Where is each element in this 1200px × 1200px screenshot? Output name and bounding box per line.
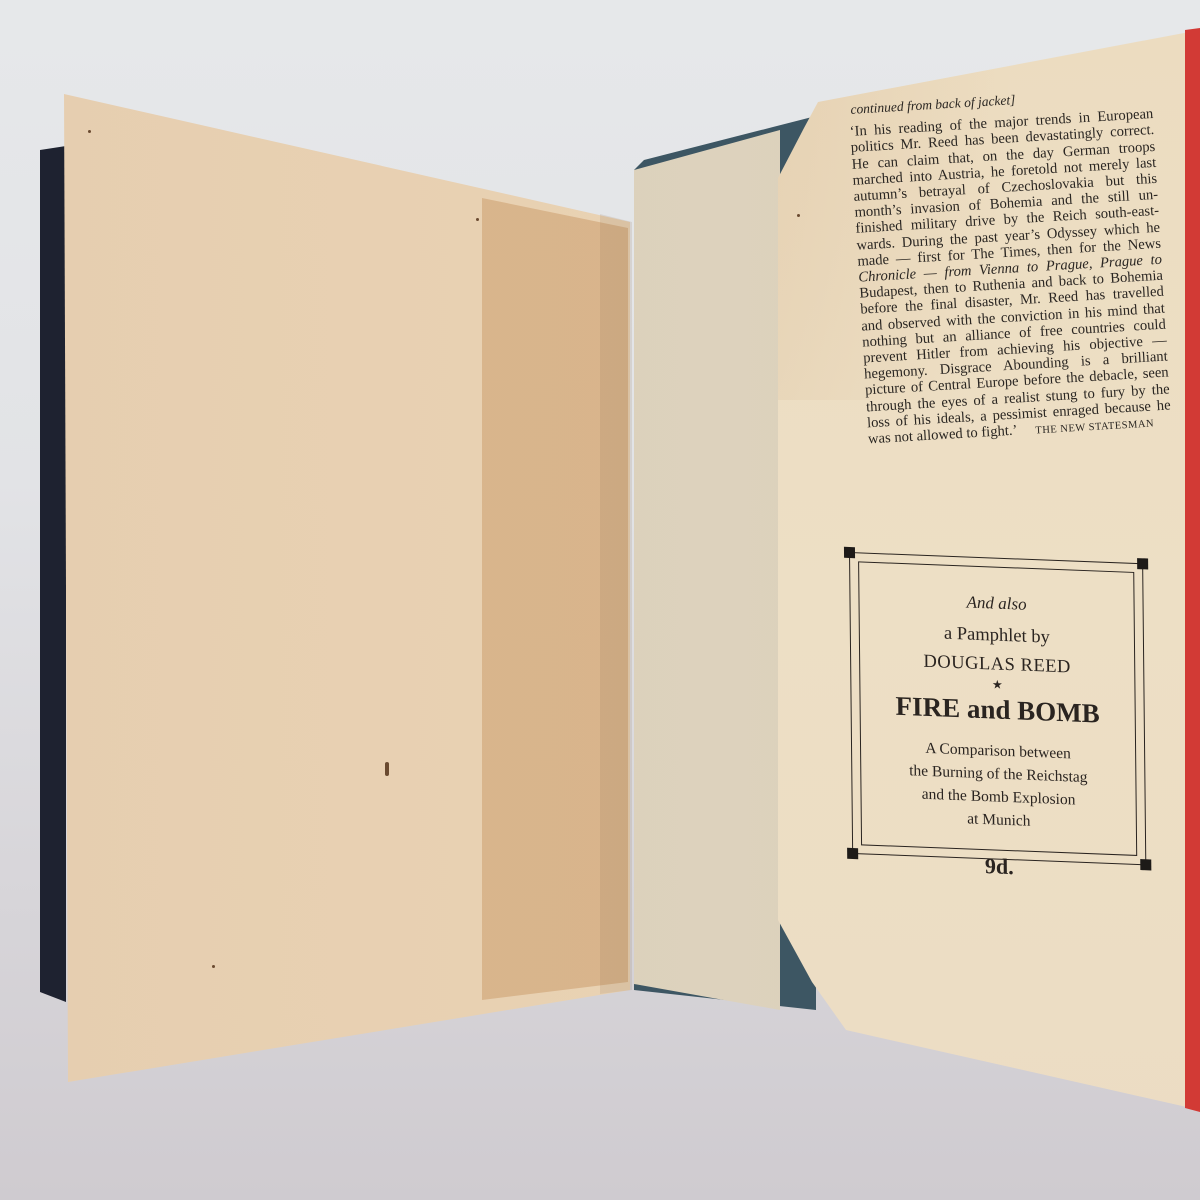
foxing-speck xyxy=(385,762,389,776)
corner-ornament-icon xyxy=(844,547,855,558)
foxing-speck xyxy=(88,130,91,133)
foxing-speck xyxy=(476,218,479,221)
foxing-speck xyxy=(797,214,800,217)
advert-kind: a Pamphlet by xyxy=(850,620,1144,652)
advert-content: And also a Pamphlet by DOUGLAS REED ★ FI… xyxy=(849,588,1146,885)
jacket-flap-text: continued from back of jacket] ‘In his r… xyxy=(848,84,1172,450)
foxing-speck xyxy=(212,965,215,968)
corner-ornament-icon xyxy=(1137,558,1148,569)
pamphlet-advert-box: And also a Pamphlet by DOUGLAS REED ★ FI… xyxy=(849,552,1146,865)
